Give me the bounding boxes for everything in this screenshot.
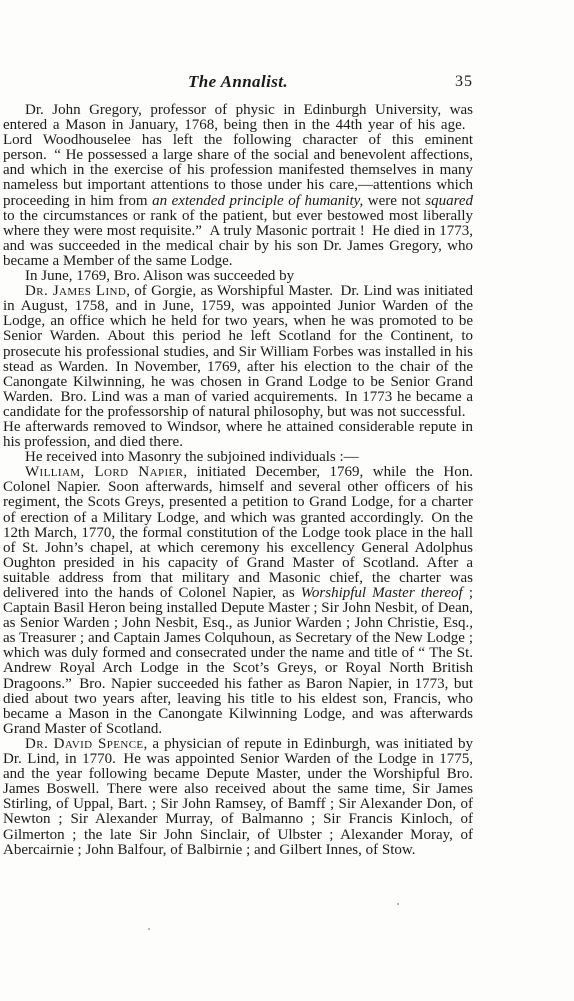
text-block: The Annalist. 35 Dr. John Gregory, profe… [3,72,473,858]
smallcaps-name-run: William, Lord Napier [25,464,183,480]
paragraph: He received into Masonry the subjoined i… [3,450,473,465]
text-run: to the circumstances or rank of the pati… [3,208,473,269]
smallcaps-name-run: Dr. James Lind [25,283,126,299]
scan-speck [148,928,150,930]
text-run: In June, 1769, Bro. Alison was succeeded… [25,268,294,284]
paragraph: Dr. John Gregory, professor of physic in… [3,103,473,269]
running-title: The Annalist. [3,72,473,92]
italic-text-run: an extended principle of humanity, [152,193,363,209]
text-run: , of Gorgie, as Worshipful Master. Dr. L… [3,283,473,450]
text-run: He received into Masonry the subjoined i… [25,449,359,465]
text-run: , initiated December, 1769, while the Ho… [3,464,473,601]
page-number: 35 [455,73,473,91]
italic-text-run: Worshipful Master thereof [301,585,463,601]
paragraph: Dr. David Spence, a physician of repute … [3,737,473,858]
text-run: ; Captain Basil Heron being installed De… [3,585,473,737]
italic-text-run: squared [425,193,473,209]
smallcaps-name-run: Dr. David Spence [25,736,144,752]
text-run: were not [363,193,425,209]
body-copy: Dr. John Gregory, professor of physic in… [3,103,473,858]
text-run: , a physician of repute in Edinburgh, wa… [3,736,473,858]
paragraph: Dr. James Lind, of Gorgie, as Worshipful… [3,284,473,450]
scan-speck [397,903,399,905]
book-page: The Annalist. 35 Dr. John Gregory, profe… [0,0,574,1001]
running-head: The Annalist. 35 [3,72,473,93]
paragraph: In June, 1769, Bro. Alison was succeeded… [3,269,473,284]
paragraph: William, Lord Napier, initiated December… [3,465,473,737]
